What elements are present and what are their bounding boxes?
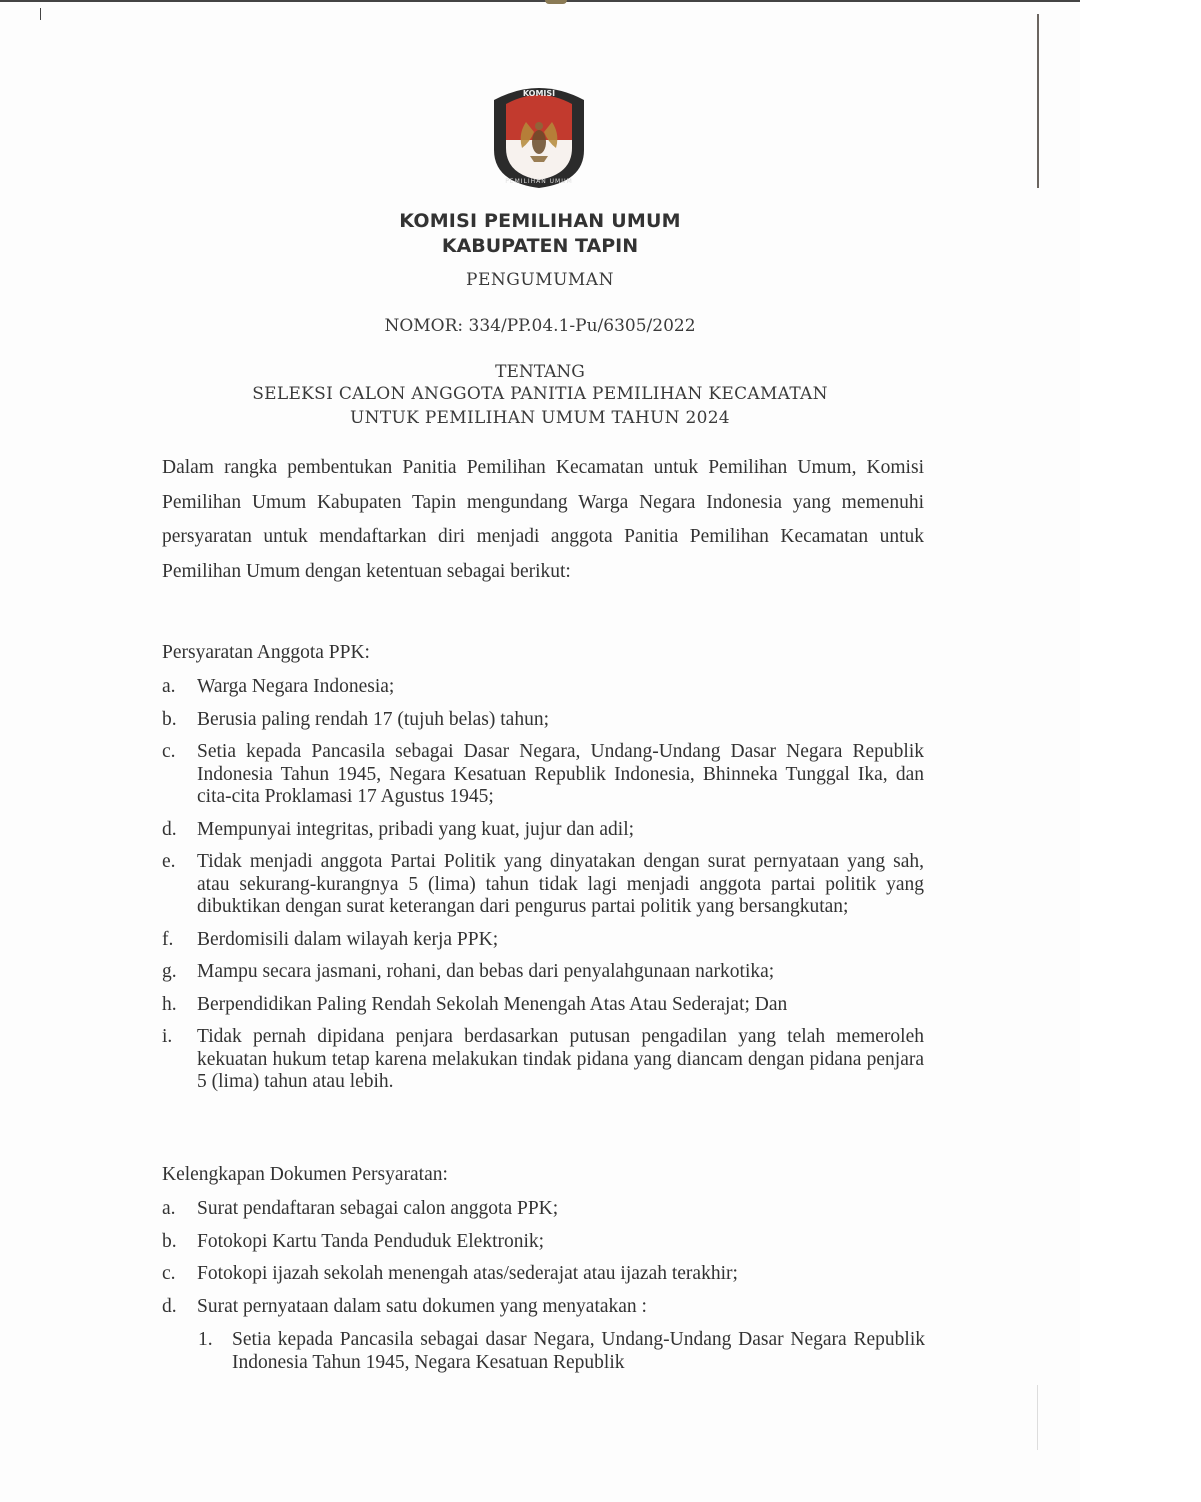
- list-item: c.Fotokopi ijazah sekolah menengah atas/…: [162, 1263, 924, 1286]
- list-item: h.Berpendidikan Paling Rendah Sekolah Me…: [162, 994, 924, 1017]
- list-item: c.Setia kepada Pancasila sebagai Dasar N…: [162, 741, 924, 809]
- list-item: e.Tidak menjadi anggota Partai Politik y…: [162, 851, 924, 919]
- list-item: b.Fotokopi Kartu Tanda Penduduk Elektron…: [162, 1231, 924, 1254]
- subject-line-2: UNTUK PEMILIHAN UMUM TAHUN 2024: [0, 408, 1080, 428]
- statement-sublist: 1.Setia kepada Pancasila sebagai dasar N…: [198, 1329, 925, 1374]
- requirements-heading: Persyaratan Anggota PPK:: [162, 642, 370, 664]
- documents-heading: Kelengkapan Dokumen Persyaratan:: [162, 1164, 448, 1186]
- list-item: i.Tidak pernah dipidana penjara berdasar…: [162, 1026, 924, 1094]
- svg-text:KOMISI: KOMISI: [523, 89, 555, 98]
- scan-edge-line-faint: [1037, 1385, 1038, 1450]
- intro-paragraph: Dalam rangka pembentukan Panitia Pemilih…: [162, 451, 924, 589]
- list-item: d.Surat pernyataan dalam satu dokumen ya…: [162, 1296, 924, 1319]
- subject-label: TENTANG: [0, 362, 1080, 382]
- org-region: KABUPATEN TAPIN: [0, 235, 1080, 257]
- scan-mark: [40, 8, 41, 20]
- list-item: a.Surat pendaftaran sebagai calon anggot…: [162, 1198, 924, 1221]
- binder-clip: [545, 0, 567, 4]
- documents-list: a.Surat pendaftaran sebagai calon anggot…: [162, 1198, 924, 1318]
- page-top-edge: [0, 0, 1080, 2]
- scan-edge-line: [1037, 14, 1039, 188]
- list-item: 1.Setia kepada Pancasila sebagai dasar N…: [198, 1329, 925, 1374]
- list-item: f.Berdomisili dalam wilayah kerja PPK;: [162, 929, 924, 952]
- document-number: NOMOR: 334/PP.04.1-Pu/6305/2022: [0, 316, 1080, 336]
- document-title: PENGUMUMAN: [0, 270, 1080, 290]
- svg-text:PEMILIHAN UMUM: PEMILIHAN UMUM: [505, 178, 573, 185]
- document-page: KOMISI PEMILIHAN UMUM KOMISI PEMILIHAN U…: [0, 0, 1080, 1502]
- kpu-garuda-emblem-icon: KOMISI PEMILIHAN UMUM: [488, 82, 590, 188]
- list-item: a.Warga Negara Indonesia;: [162, 676, 924, 699]
- list-item: b.Berusia paling rendah 17 (tujuh belas)…: [162, 709, 924, 732]
- list-item: d.Mempunyai integritas, pribadi yang kua…: [162, 819, 924, 842]
- requirements-list: a.Warga Negara Indonesia; b.Berusia pali…: [162, 676, 924, 1094]
- list-item: g.Mampu secara jasmani, rohani, dan beba…: [162, 961, 924, 984]
- org-name: KOMISI PEMILIHAN UMUM: [0, 210, 1080, 232]
- subject-line-1: SELEKSI CALON ANGGOTA PANITIA PEMILIHAN …: [0, 384, 1080, 404]
